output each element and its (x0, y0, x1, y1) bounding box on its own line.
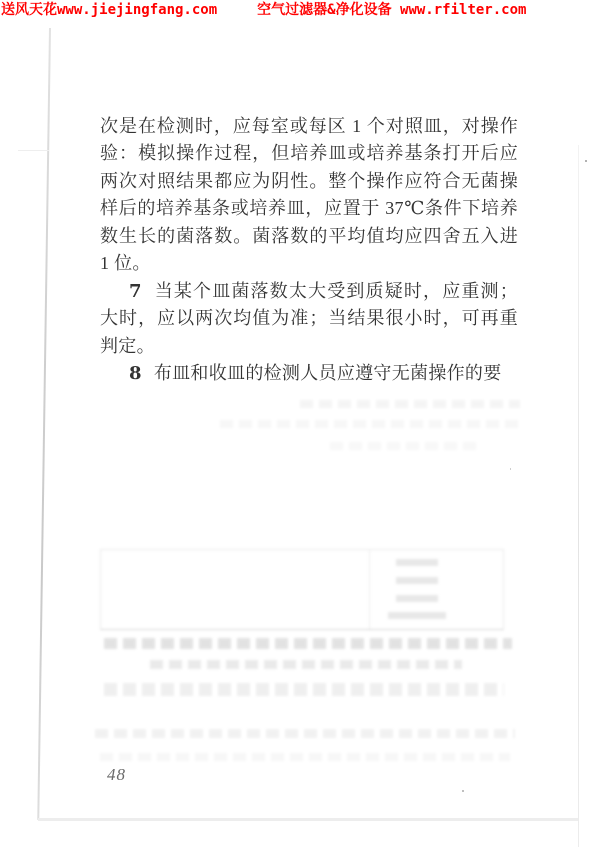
text-line: 样后的培养基条或培养皿，应置于 37℃条件下培养 24h，然后计 (100, 195, 518, 222)
clause-number: 8 (129, 363, 142, 384)
text-line: 两次对照结果都应为阴性。整个操作应符合无菌操作的要求。采 (100, 168, 518, 195)
bleed-through-cell (396, 577, 438, 584)
text-line: 7当某个皿菌落数太大受到质疑时，应重测；当结果仍很 (100, 278, 518, 305)
text-line: 次是在检测时，应每室或每区 1 个对照皿，对操作过程做对照试 (100, 113, 518, 140)
text-line: 数生长的菌落数。菌落数的平均值均应四舍五入进位到小数点后 (100, 223, 518, 250)
line-text: 样后的培养基条或培养皿，应置于 37℃条件下培养 24h，然后计 (100, 198, 518, 222)
scanned-document-page: { "header": { "left_text": "送风天花www.jiej… (0, 0, 600, 849)
line-text: 验：模拟操作过程，但培养皿或培养基条打开后应又立即封盖。 (100, 143, 518, 167)
bleed-through-table-divider (369, 550, 370, 629)
scan-speck (585, 160, 587, 162)
body-text-block: 次是在检测时，应每室或每区 1 个对照皿，对操作过程做对照试验：模拟操作过程，但… (100, 113, 518, 387)
scan-left-edge-line (37, 28, 51, 820)
bleed-through-text (150, 660, 462, 669)
bleed-through-text (104, 638, 512, 649)
line-text: 次是在检测时，应每室或每区 1 个对照皿，对操作过程做对照试 (100, 116, 518, 140)
scan-speck (462, 790, 464, 792)
bleed-through-cell (396, 595, 438, 602)
bleed-through-text (95, 729, 515, 738)
watermark-header: 送风天花www.jiejingfang.com 空气过滤器&净化设备 www.r… (1, 1, 599, 21)
line-text: 两次对照结果都应为阴性。整个操作应符合无菌操作的要求。采 (100, 171, 518, 195)
scan-speck (510, 468, 511, 470)
watermark-right-url: 空气过滤器&净化设备 www.rfilter.com (257, 1, 526, 19)
bleed-through-table (100, 549, 504, 630)
bleed-through-text (104, 683, 504, 696)
bleed-through-text (300, 400, 520, 408)
bleed-through-text (330, 442, 480, 450)
text-line: 1 位。 (100, 250, 518, 277)
text-line: 大时，应以两次均值为准；当结果很小时，可再重测或分析 (100, 305, 518, 332)
line-text: 布皿和收皿的检测人员应遵守无菌操作的要求。 (129, 363, 502, 387)
line-text: 当某个皿菌落数太大受到质疑时，应重测；当结果仍很 (129, 281, 518, 305)
bleed-through-text (100, 753, 510, 761)
bleed-through-text (220, 420, 520, 428)
line-text: 1 位。 (100, 253, 151, 273)
watermark-left-url: 送风天花www.jiejingfang.com (1, 1, 217, 19)
text-line: 判定。 (100, 333, 518, 360)
scan-bottom-edge-line (38, 818, 578, 821)
page-number: 48 (107, 765, 126, 785)
line-text: 大时，应以两次均值为准；当结果很小时，可再重测或分析 (100, 308, 518, 332)
bleed-through-cell (388, 612, 446, 619)
bleed-through-cell (396, 559, 438, 566)
scan-right-edge-line (578, 145, 579, 847)
text-line: 验：模拟操作过程，但培养皿或培养基条打开后应又立即封盖。 (100, 140, 518, 167)
scan-margin-tick (18, 150, 49, 151)
text-line: 8布皿和收皿的检测人员应遵守无菌操作的要求。 (100, 360, 518, 387)
clause-number: 7 (129, 281, 142, 302)
line-text: 数生长的菌落数。菌落数的平均值均应四舍五入进位到小数点后 (100, 226, 518, 250)
line-text: 判定。 (100, 336, 155, 356)
